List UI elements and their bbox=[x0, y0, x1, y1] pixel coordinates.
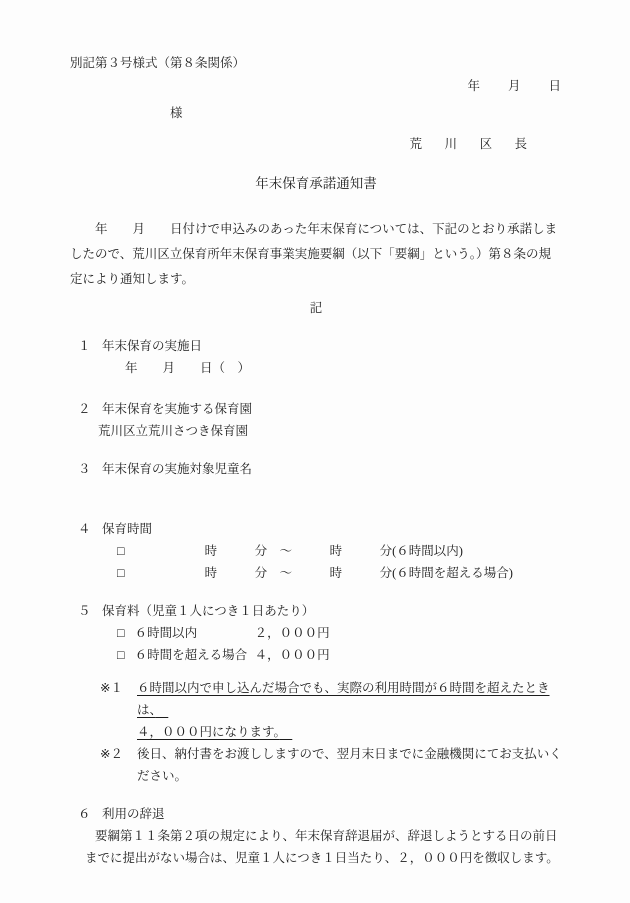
form-designation: 別記第３号様式（第８条関係） bbox=[70, 52, 562, 74]
fee-amount: ４，０００円 bbox=[255, 648, 330, 662]
section-care-fee: ５保育料（児童１人につき１日あたり） □６時間以内２，０００円 □６時間を超える… bbox=[70, 600, 562, 787]
section-heading: 年末保育を実施する保育園 bbox=[102, 402, 252, 416]
intro-line-2: したので、荒川区立保育所年末保育事業実施要綱（以下「要綱」という。）第８条の規 bbox=[70, 242, 562, 267]
fee-option-row-within-6h: □６時間以内２，０００円 bbox=[70, 622, 562, 644]
fee-notes: ※１ ６時間以内で申し込んだ場合でも、実際の利用時間が６時間を超えたときは、 ４… bbox=[70, 677, 562, 787]
fee-option-label: ６時間を超える場合 bbox=[135, 644, 255, 666]
intro-paragraph: 年 月 日付けで申込みのあった年末保育については、下記のとおり承諾しま したので… bbox=[70, 217, 562, 292]
section-heading: 利用の辞退 bbox=[102, 807, 165, 821]
section-heading: 保育料（児童１人につき１日あたり） bbox=[102, 604, 314, 618]
section-number: ３ bbox=[78, 458, 102, 480]
section-child-name: ３年末保育の実施対象児童名 bbox=[70, 458, 562, 480]
fee-amount: ２，０００円 bbox=[255, 626, 330, 640]
nursery-name: 荒川区立荒川さつき保育園 bbox=[70, 420, 562, 442]
section-implementation-date: １年末保育の実施日 年 月 日（ ） bbox=[70, 335, 562, 380]
section-nursery-school: ２年末保育を実施する保育園 荒川区立荒川さつき保育園 bbox=[70, 398, 562, 442]
time-option-row-over-6h: □時 分 ～ 時 分(６時間を超える場合) bbox=[70, 562, 562, 584]
withdrawal-body-line-2: までに提出がない場合は、児童１人につき１日当たり、２，０００円を徴収します。 bbox=[70, 847, 562, 869]
note-marker: ※１ bbox=[100, 677, 137, 743]
section-number: ５ bbox=[78, 600, 102, 622]
section-number: ６ bbox=[78, 803, 102, 825]
section-care-hours: ４保育時間 □時 分 ～ 時 分(６時間以内) □時 分 ～ 時 分(６時間を超… bbox=[70, 518, 562, 584]
section-withdrawal: ６利用の辞退 要綱第１１条第２項の規定により、年末保育辞退届が、辞退しようとする… bbox=[70, 803, 562, 869]
note-2: ※２ 後日、納付書をお渡ししますので、翌月末日までに金融機関にてお支払いく ださ… bbox=[70, 743, 562, 787]
checkbox-fee-within-6h[interactable]: □ bbox=[117, 622, 125, 644]
time-option-label: 時 分 ～ 時 分(６時間を超える場合) bbox=[205, 566, 513, 580]
intro-line-1: 年 月 日付けで申込みのあった年末保育については、下記のとおり承諾しま bbox=[70, 217, 562, 242]
section-heading: 年末保育の実施対象児童名 bbox=[102, 462, 252, 476]
section-heading: 保育時間 bbox=[102, 522, 152, 536]
checkbox-over-6h[interactable]: □ bbox=[117, 562, 125, 584]
note-marker: ※２ bbox=[100, 743, 137, 787]
section-number: １ bbox=[78, 335, 102, 357]
note-1-line-1: ６時間以内で申し込んだ場合でも、実際の利用時間が６時間を超えたときは、 bbox=[137, 677, 562, 721]
fee-option-row-over-6h: □６時間を超える場合４，０００円 bbox=[70, 644, 562, 666]
date-fill-blank: 年 月 日（ ） bbox=[70, 357, 562, 380]
note-2-line-2: ださい。 bbox=[137, 765, 562, 787]
section-heading: 年末保育の実施日 bbox=[102, 339, 202, 353]
time-option-label: 時 分 ～ 時 分(６時間以内) bbox=[205, 544, 463, 558]
note-1: ※１ ６時間以内で申し込んだ場合でも、実際の利用時間が６時間を超えたときは、 ４… bbox=[70, 677, 562, 743]
note-1-line-2: ４，０００円になります。 bbox=[137, 721, 562, 743]
intro-line-3: 定により通知します。 bbox=[70, 267, 562, 292]
section-number: ４ bbox=[78, 518, 102, 540]
checkbox-fee-over-6h[interactable]: □ bbox=[117, 644, 125, 666]
fee-option-label: ６時間以内 bbox=[135, 622, 255, 644]
issuer-line: 荒 川 区 長 bbox=[70, 133, 562, 155]
record-marker: 記 bbox=[70, 297, 562, 319]
time-option-row-within-6h: □時 分 ～ 時 分(６時間以内) bbox=[70, 540, 562, 562]
checkbox-within-6h[interactable]: □ bbox=[117, 540, 125, 562]
section-number: ２ bbox=[78, 398, 102, 420]
issue-date-blank: 年 月 日 bbox=[70, 75, 562, 97]
note-2-line-1: 後日、納付書をお渡ししますので、翌月末日までに金融機関にてお支払いく bbox=[137, 743, 562, 765]
addressee-line: 様 bbox=[70, 102, 562, 124]
withdrawal-body-line-1: 要綱第１１条第２項の規定により、年末保育辞退届が、辞退しようとする日の前日 bbox=[70, 825, 562, 847]
document-page: 別記第３号様式（第８条関係） 年 月 日 様 荒 川 区 長 年末保育承諾通知書… bbox=[0, 0, 630, 903]
document-title: 年末保育承諾通知書 bbox=[70, 173, 562, 195]
